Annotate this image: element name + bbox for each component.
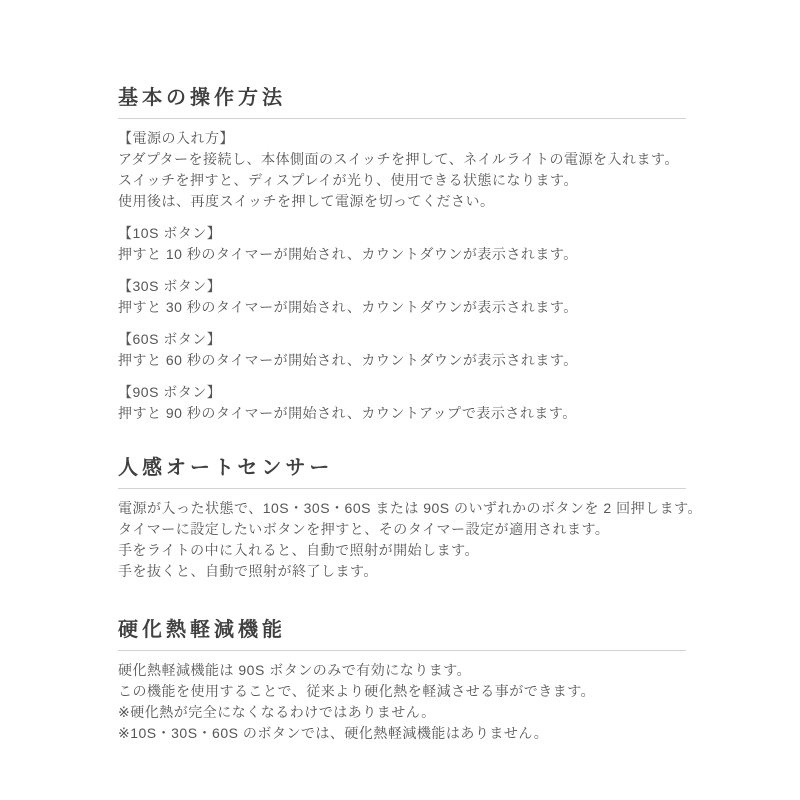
section-heat-reduction: 硬化熱軽減機能 硬化熱軽減機能は 90S ボタンのみで有効になります。 この機能… (118, 616, 686, 744)
button-30s-description: 押すと 30 秒のタイマーが開始され、カウントダウンが表示されます。 (118, 297, 686, 318)
button-90s-block: 【90S ボタン】 押すと 90 秒のタイマーが開始され、カウントアップで表示さ… (118, 382, 686, 424)
document-page: 基本の操作方法 【電源の入れ方】 アダプターを接続し、本体側面のスイッチを押して… (0, 0, 800, 800)
auto-sensor-line-4: 手を抜くと、自動で照射が終了します。 (118, 561, 686, 582)
power-on-block: 【電源の入れ方】 アダプターを接続し、本体側面のスイッチを押して、ネイルライトの… (118, 128, 686, 212)
section-basic-operation: 基本の操作方法 【電源の入れ方】 アダプターを接続し、本体側面のスイッチを押して… (118, 84, 686, 424)
auto-sensor-line-1: 電源が入った状態で、10S・30S・60S または 90S のいずれかのボタンを… (118, 498, 686, 519)
auto-sensor-block: 電源が入った状態で、10S・30S・60S または 90S のいずれかのボタンを… (118, 498, 686, 582)
section-auto-sensor: 人感オートセンサー 電源が入った状態で、10S・30S・60S または 90S … (118, 454, 686, 582)
button-30s-label: 【30S ボタン】 (118, 276, 686, 297)
button-30s-block: 【30S ボタン】 押すと 30 秒のタイマーが開始され、カウントダウンが表示さ… (118, 276, 686, 318)
section-title-basic-operation: 基本の操作方法 (118, 84, 686, 119)
auto-sensor-line-3: 手をライトの中に入れると、自動で照射が開始します。 (118, 540, 686, 561)
button-90s-label: 【90S ボタン】 (118, 382, 686, 403)
power-on-line-2: スイッチを押すと、ディスプレイが光り、使用できる状態になります。 (118, 170, 686, 191)
heat-reduction-note-1: ※硬化熱が完全になくなるわけではありません。 (118, 702, 686, 723)
button-10s-block: 【10S ボタン】 押すと 10 秒のタイマーが開始され、カウントダウンが表示さ… (118, 223, 686, 265)
power-on-label: 【電源の入れ方】 (118, 128, 686, 149)
power-on-line-3: 使用後は、再度スイッチを押して電源を切ってください。 (118, 191, 686, 212)
power-on-line-1: アダプターを接続し、本体側面のスイッチを押して、ネイルライトの電源を入れます。 (118, 149, 686, 170)
auto-sensor-line-2: タイマーに設定したいボタンを押すと、そのタイマー設定が適用されます。 (118, 519, 686, 540)
button-60s-description: 押すと 60 秒のタイマーが開始され、カウントダウンが表示されます。 (118, 350, 686, 371)
heat-reduction-line-2: この機能を使用することで、従来より硬化熱を軽減させる事ができます。 (118, 681, 686, 702)
button-60s-label: 【60S ボタン】 (118, 329, 686, 350)
content-column: 基本の操作方法 【電源の入れ方】 アダプターを接続し、本体側面のスイッチを押して… (118, 0, 686, 744)
button-10s-description: 押すと 10 秒のタイマーが開始され、カウントダウンが表示されます。 (118, 244, 686, 265)
heat-reduction-note-2: ※10S・30S・60S のボタンでは、硬化熱軽減機能はありません。 (118, 723, 686, 744)
section-title-auto-sensor: 人感オートセンサー (118, 454, 686, 489)
button-90s-description: 押すと 90 秒のタイマーが開始され、カウントアップで表示されます。 (118, 403, 686, 424)
button-10s-label: 【10S ボタン】 (118, 223, 686, 244)
heat-reduction-block: 硬化熱軽減機能は 90S ボタンのみで有効になります。 この機能を使用することで… (118, 660, 686, 744)
button-60s-block: 【60S ボタン】 押すと 60 秒のタイマーが開始され、カウントダウンが表示さ… (118, 329, 686, 371)
heat-reduction-line-1: 硬化熱軽減機能は 90S ボタンのみで有効になります。 (118, 660, 686, 681)
section-title-heat-reduction: 硬化熱軽減機能 (118, 616, 686, 651)
